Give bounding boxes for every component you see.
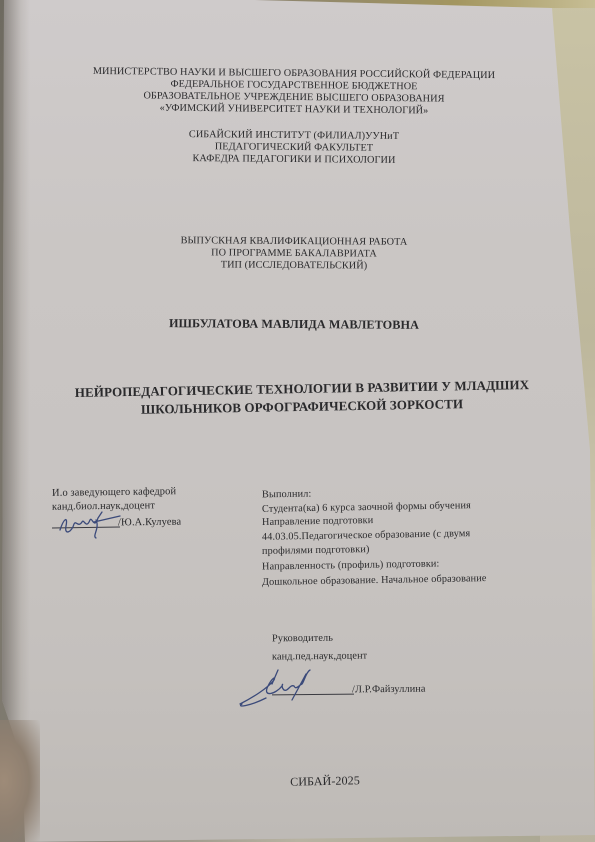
performed-by-line-6: Дошкольное образование. Начальное образо… [262,573,487,589]
supervisor-degree: канд.пед.наук,доцент [272,651,367,664]
head-signature [56,508,126,540]
performed-by-label: Выполнил: [262,489,312,502]
supervisor-signature [232,664,332,712]
city-year: СИБАЙ-2025 [230,772,420,790]
finger-holding-page [0,720,40,842]
performed-by-line-5: Направленность (профиль) подготовки: [262,558,440,573]
work-type-line-3: ТИП (ИССЛЕДОВАТЕЛЬСКИЙ) [34,258,554,274]
performed-by-line-1: Студента(ка) 6 курса заочной формы обуче… [262,500,471,516]
document-page: МИНИСТЕРСТВО НАУКИ И ВЫСШЕГО ОБРАЗОВАНИЯ… [0,0,595,842]
performed-by-line-2: Направление подготовки [262,515,374,529]
performed-by-line-3: 44.03.05.Педагогическое образование (с д… [262,528,471,544]
supervisor-role: Руководитель [272,633,333,646]
performed-by-line-4: профилями подготовки) [262,544,370,558]
page-fold-shadow [0,0,30,842]
head-name: /Ю.А.Кулуева [118,517,181,530]
author-name: ИШБУЛАТОВА МАВЛИДА МАВЛЕТОВНА [34,316,554,332]
head-role: И.о заведующего кафедрой [52,486,176,500]
supervisor-name: /Л.Р.Файзуллина [352,684,426,697]
